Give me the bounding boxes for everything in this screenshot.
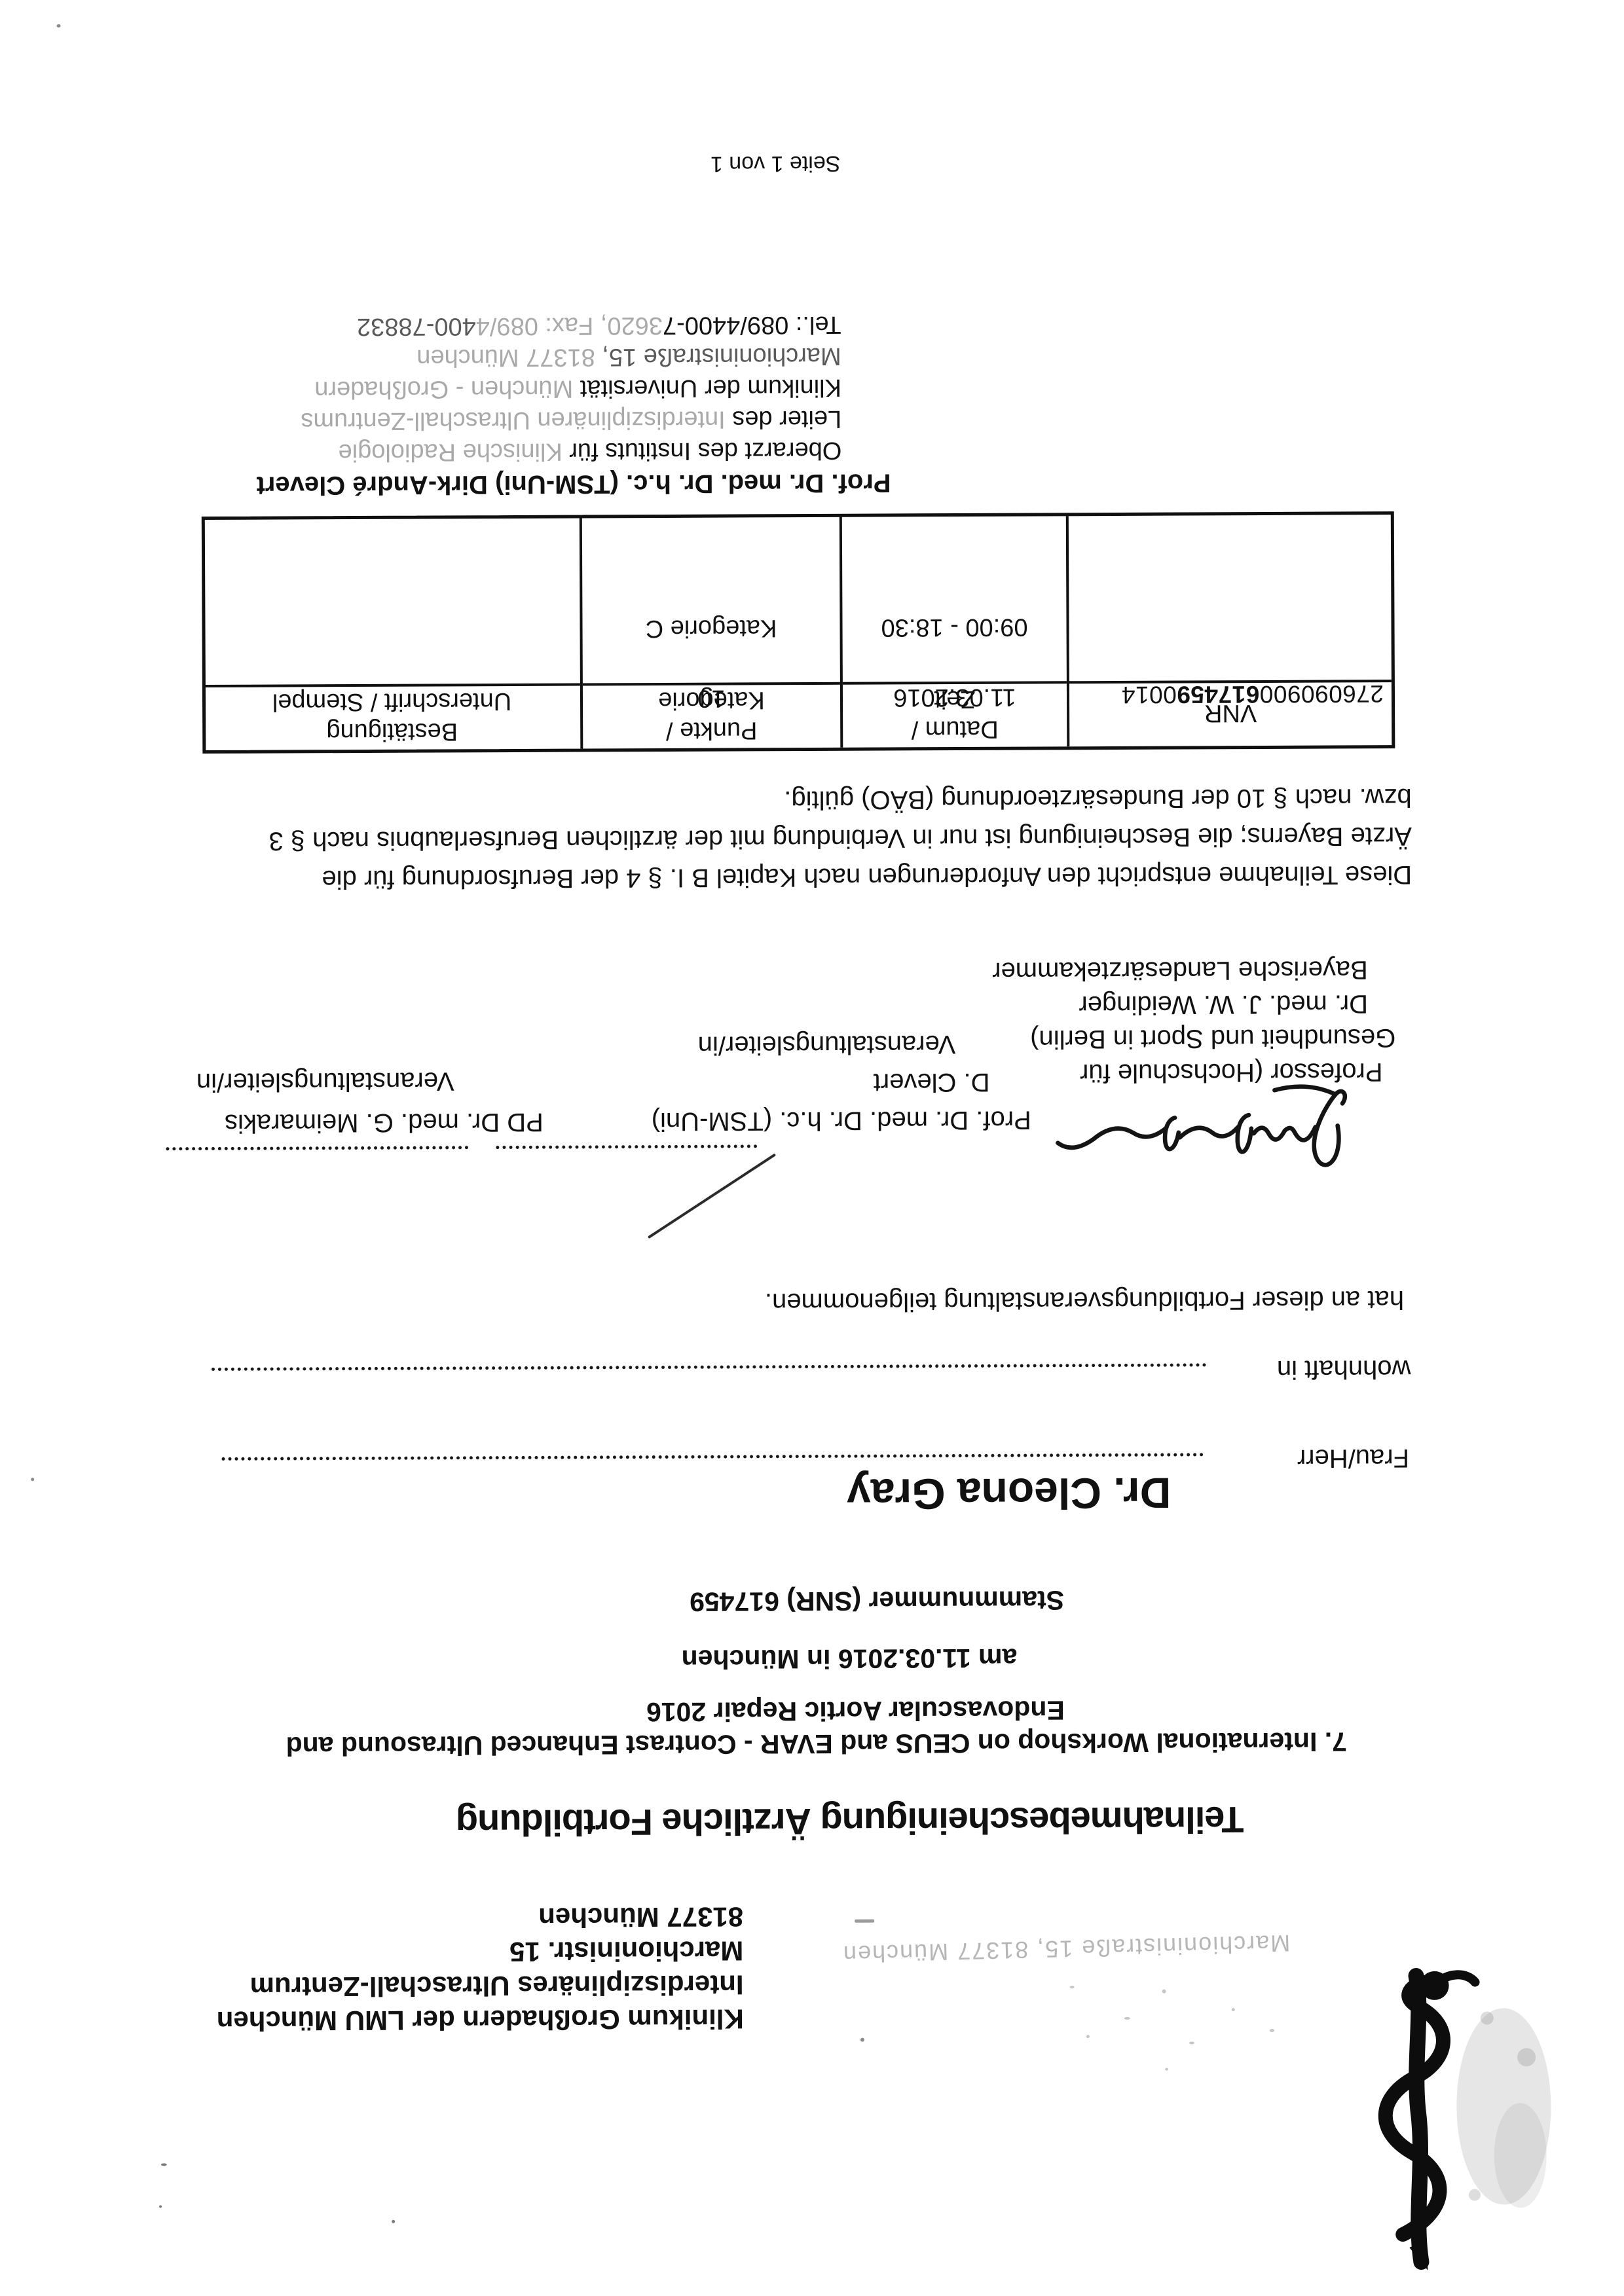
scan-speck: [56, 24, 60, 27]
scan-speck: [860, 2038, 864, 2042]
signer-left-name: Dr. med. J. W. Weidinger: [1079, 989, 1368, 1019]
aesculapius-staff-icon: [1369, 1965, 1566, 2274]
table-cell-points: 10: [583, 683, 840, 713]
clinic-city-line: 81377 München: [538, 1901, 743, 1933]
signature-ruling-middle: [496, 1144, 757, 1149]
page-indicator: Seite 1 von 1: [710, 151, 841, 177]
legal-text-line3: bzw. nach § 10 der Bundesärzteordnung (B…: [784, 782, 1412, 814]
event-name-line2: Endovascular Aortic Repair 2016: [646, 1694, 1065, 1727]
scan-speck: [161, 2163, 167, 2166]
event-name-line1: 7. International Workshop on CEUS and EV…: [286, 1726, 1347, 1761]
contact-address-line: Marchioninistraße 15, 81377 München: [416, 342, 841, 372]
scan-speck: [31, 1478, 34, 1481]
residence-label: wohnhaft in: [1277, 1354, 1411, 1384]
signer-left-role-line2: Gesundheit und Sport in Berlin): [1030, 1023, 1395, 1053]
table-column-confirmation: BestätigungUnterschrift / Stempel: [203, 519, 583, 751]
contact-role-line2: Leiter des Interdisziplinären Ultraschal…: [301, 405, 841, 435]
scan-speck: [392, 2220, 395, 2223]
scan-speck: [1070, 1986, 1075, 1988]
table-cell-time: 09:00 - 18:30: [842, 612, 1066, 641]
pen-stroke-mark: [648, 1154, 776, 1239]
clinic-dept-line: Interdisziplinäres Ultraschall-Zentrum: [250, 1969, 744, 2002]
contact-phone-line: Tel.: 089/4400-73620, Fax: 089/4400-7883…: [357, 310, 841, 340]
contact-role-line: Oberarzt des Instituts für Klinische Rad…: [338, 436, 841, 466]
table-cell-date: 11.03.2016: [843, 682, 1067, 711]
table-cell-category: Kategorie C: [582, 613, 840, 643]
signer-middle-role: Veranstaltungsleiter/in: [698, 1029, 956, 1060]
clinic-street-line: Marchioninistr. 15: [509, 1935, 743, 1967]
salutation-label: Frau/Herr: [1297, 1443, 1409, 1473]
contact-name-line: Prof. Dr. med. Dr. h.c. (TSM-Uni) Dirk-A…: [256, 467, 891, 500]
handwritten-signature: [1005, 1082, 1373, 1188]
credit-points-table: VNR 2760909006174590014 Datum /Zeit 11.0…: [202, 511, 1395, 754]
signer-middle-titles: Prof. Dr. med. Dr. h.c. (TSM-Uni): [652, 1105, 1031, 1137]
scan-speck: [1086, 2035, 1090, 2038]
legal-text-line2: Ärzte Bayerns; die Bescheinigung ist nur…: [268, 821, 1412, 856]
event-snr-number: Stammnummer (SNR) 617459: [690, 1584, 1064, 1616]
residence-ruling-line: [210, 1363, 1206, 1371]
signer-left-organization: Bayerische Landesärztekammer: [992, 955, 1368, 986]
faint-stamp-text: Marchioninistraße 15, 81377 München: [842, 1929, 1291, 1968]
table-cell-vnr-value: 2760909006174590014: [1121, 680, 1384, 708]
signer-middle-name: D. Clevert: [874, 1067, 990, 1097]
clinic-name-line: Klinikum Großhadern der LMU München: [217, 2003, 744, 2037]
participant-name: Dr. Cleona Gray: [847, 1468, 1172, 1520]
scan-speck: [1232, 2008, 1235, 2011]
attendance-statement: hat an dieser Fortbildungsveranstaltung …: [765, 1285, 1404, 1317]
signer-left-role-line1: Professor (Hochschule für: [1080, 1057, 1383, 1087]
signature-ruling-right: [166, 1146, 468, 1150]
table-column-points-category: Punkte /Kategorie 10 Kategorie C: [582, 517, 843, 749]
scanned-certificate-sheet: Marchioninistraße 15, 81377 München Klin…: [0, 0, 1624, 2296]
table-column-date-time: Datum /Zeit 11.03.2016 09:00 - 18:30: [842, 516, 1070, 748]
scan-speck: [1165, 2068, 1168, 2071]
contact-clinic-line: Klinikum der Universität München - Großh…: [314, 373, 841, 404]
scan-speck: [1162, 1990, 1166, 1994]
signer-right-role: Veranstaltungsleiter/in: [196, 1066, 454, 1097]
scan-speck: [159, 2205, 162, 2208]
legal-text-line1: Diese Teilnahme entspricht den Anforderu…: [322, 860, 1412, 894]
scan-speck: [1124, 2017, 1130, 2020]
event-date-location: am 11.03.2016 in München: [682, 1643, 1018, 1675]
table-column-vnr: VNR 2760909006174590014: [1069, 515, 1392, 746]
scan-artifact-dash: [855, 1920, 874, 1923]
certificate-title: Teilnahmebescheinigung Ärztliche Fortbil…: [456, 1798, 1244, 1844]
signer-right-name: PD Dr. med. G. Meimarakis: [225, 1107, 544, 1138]
name-ruling-line: [221, 1453, 1203, 1461]
scan-speck: [1270, 2029, 1274, 2032]
scan-speck: [1189, 2041, 1194, 2044]
table-header-confirmation: BestätigungUnterschrift / Stempel: [204, 683, 580, 751]
